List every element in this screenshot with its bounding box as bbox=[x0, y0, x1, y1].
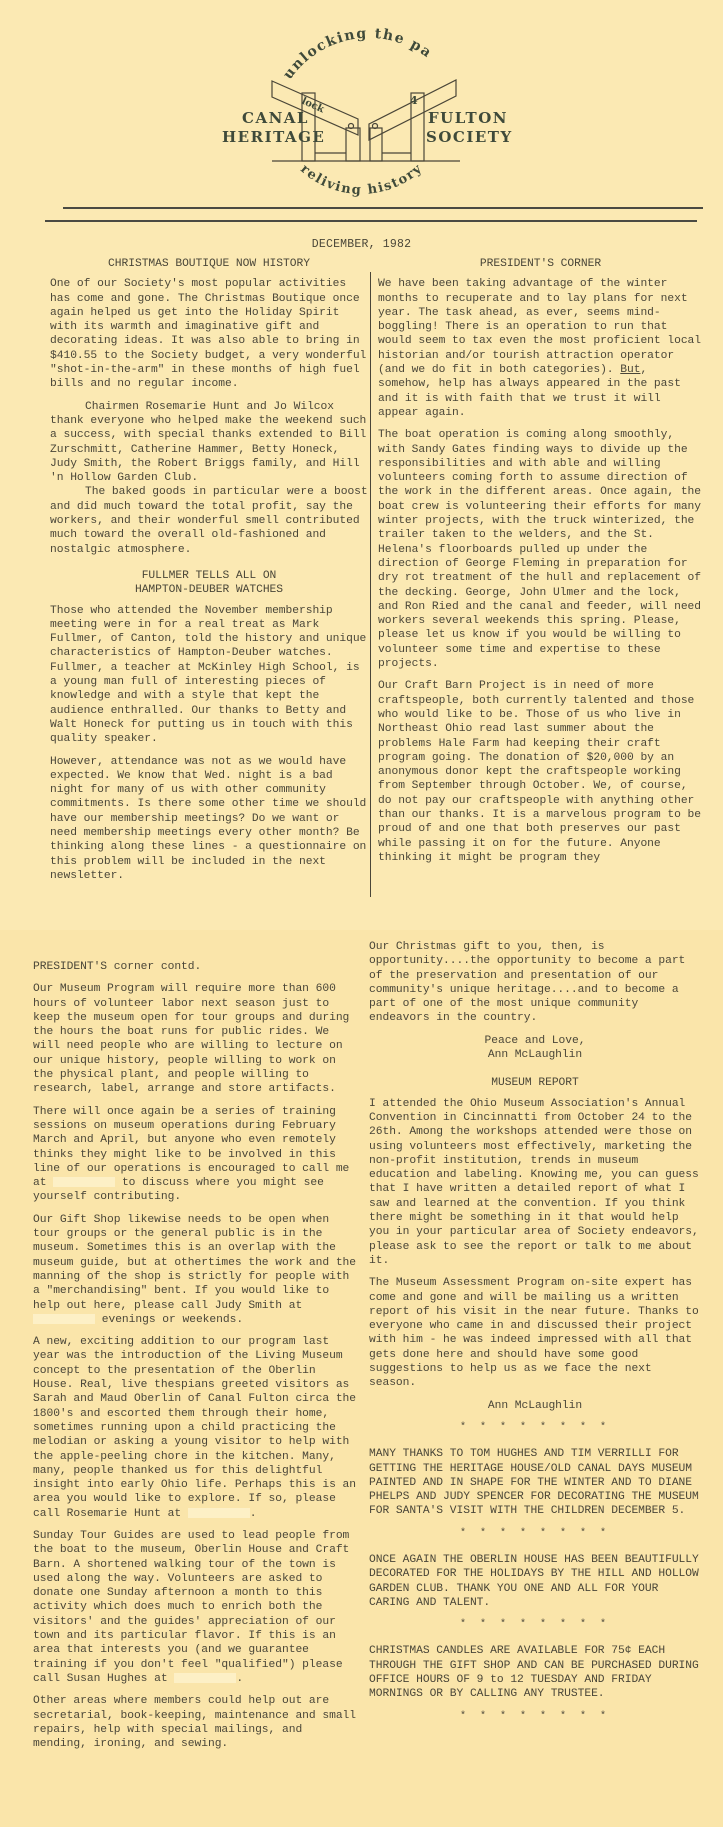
article-paragraph: One of our Society's most popular activi… bbox=[50, 277, 368, 391]
article-paragraph: Our Gift Shop likewise needs to be open … bbox=[33, 1213, 358, 1327]
column-left-page2: PRESIDENT'S corner contd. Our Museum Pro… bbox=[33, 960, 358, 1759]
article-paragraph: There will once again be a series of tra… bbox=[33, 1105, 358, 1205]
article-paragraph: Other areas where members could help out… bbox=[33, 1694, 358, 1751]
star-separator: * * * * * * * * bbox=[369, 1710, 701, 1724]
article-paragraph: Sunday Tour Guides are used to lead peop… bbox=[33, 1529, 358, 1686]
signature-ann-mclaughlin: Ann McLaughlin bbox=[369, 1399, 701, 1413]
svg-text:unlocking the past: unlocking the past bbox=[0, 0, 435, 82]
notice-thanks: MANY THANKS TO TOM HUGHES AND TIM VERRIL… bbox=[369, 1447, 701, 1518]
notice-oberlin-house: ONCE AGAIN THE OBERLIN HOUSE HAS BEEN BE… bbox=[369, 1553, 701, 1610]
masthead-rule-bottom bbox=[45, 220, 697, 222]
newsletter-page-2: PRESIDENT'S corner contd. Our Museum Pro… bbox=[0, 930, 723, 1827]
headline-fullmer-watches: FULLMER TELLS ALL ON HAMPTON-DEUBER WATC… bbox=[50, 569, 368, 598]
svg-text:reliving history: reliving history bbox=[297, 161, 426, 198]
star-separator: * * * * * * * * bbox=[369, 1618, 701, 1632]
headline-museum-report: MUSEUM REPORT bbox=[369, 1076, 701, 1090]
newsletter-page-1: unlocking the past reliving history lock bbox=[0, 0, 723, 930]
signature-peace-and-love: Peace and Love, Ann McLaughlin bbox=[369, 1034, 701, 1063]
headline-presidents-corner: PRESIDENT'S CORNER bbox=[378, 257, 703, 271]
column-divider bbox=[370, 272, 371, 897]
star-separator: * * * * * * * * bbox=[369, 1421, 701, 1435]
masthead-rule-top bbox=[63, 207, 703, 209]
article-paragraph: I attended the Ohio Museum Association's… bbox=[369, 1097, 701, 1269]
org-name-heritage: HERITAGE bbox=[222, 128, 325, 146]
issue-date: DECEMBER, 1982 bbox=[0, 238, 723, 251]
gate-right-label: 4 bbox=[410, 94, 418, 107]
masthead: unlocking the past reliving history lock bbox=[0, 0, 723, 215]
headline-christmas-boutique: CHRISTMAS BOUTIQUE NOW HISTORY bbox=[50, 257, 368, 271]
continuation-heading: PRESIDENT'S corner contd. bbox=[33, 960, 358, 974]
org-name-canal: CANAL bbox=[242, 109, 309, 127]
canal-lock-logo-icon: unlocking the past reliving history lock bbox=[0, 0, 723, 215]
column-right-page1: PRESIDENT'S CORNER We have been taking a… bbox=[378, 257, 703, 873]
column-left-page1: CHRISTMAS BOUTIQUE NOW HISTORY One of ou… bbox=[50, 257, 368, 891]
article-paragraph: Our Craft Barn Project is in need of mor… bbox=[378, 679, 703, 865]
motto-bottom: reliving history bbox=[297, 161, 426, 198]
motto-top: unlocking the past bbox=[0, 0, 435, 82]
article-paragraph: We have been taking advantage of the win… bbox=[378, 277, 703, 420]
article-paragraph: Our Christmas gift to you, then, is oppo… bbox=[369, 940, 701, 1026]
article-paragraph: Chairmen Rosemarie Hunt and Jo Wilcox th… bbox=[50, 400, 368, 486]
article-paragraph: A new, exciting addition to our program … bbox=[33, 1335, 358, 1521]
redacted-phone bbox=[33, 1314, 95, 1324]
redacted-phone bbox=[174, 1673, 236, 1683]
notice-christmas-candles: CHRISTMAS CANDLES ARE AVAILABLE FOR 75¢ … bbox=[369, 1644, 701, 1701]
redacted-phone bbox=[53, 1177, 115, 1187]
column-right-page2: Our Christmas gift to you, then, is oppo… bbox=[369, 940, 701, 1736]
article-paragraph: The boat operation is coming along smoot… bbox=[378, 428, 703, 671]
star-separator: * * * * * * * * bbox=[369, 1527, 701, 1541]
article-paragraph: Our Museum Program will require more tha… bbox=[33, 982, 358, 1096]
org-name-fulton: FULTON bbox=[428, 109, 508, 127]
org-name-society: SOCIETY bbox=[426, 128, 513, 146]
article-paragraph: Those who attended the November membersh… bbox=[50, 604, 368, 747]
article-paragraph: However, attendance was not as we would … bbox=[50, 755, 368, 884]
article-paragraph: The Museum Assessment Program on-site ex… bbox=[369, 1276, 701, 1390]
article-paragraph: The baked goods in particular were a boo… bbox=[50, 485, 368, 556]
redacted-phone bbox=[188, 1508, 250, 1518]
